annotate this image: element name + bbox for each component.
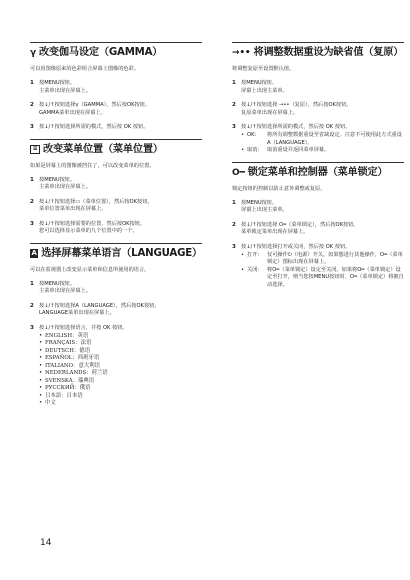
title-text: 改变菜单位置（菜单位置） — [43, 143, 163, 157]
step-text: 您可以选择显示菜单的九个位置中的一个。 — [39, 228, 202, 236]
intro-text: 可以在监视器上改变显示菜单和信息所使用的语言。 — [30, 266, 202, 274]
step-number: 1 — [30, 80, 39, 95]
step-text: 按MENU按钮。 — [241, 200, 404, 208]
section-divider — [30, 139, 202, 140]
step: 3 按↓/↑按钮选择所需的模式，然后按 OK 按钮。 — [30, 124, 202, 132]
page-number: 14 — [40, 538, 51, 548]
step-text: 按↓/↑按钮选择A（LANGUAGE），然后按OK按钮。 — [39, 303, 202, 311]
step: 3 按↓/↑按钮选择打开或关闭，然后按 OK 按钮。 •打开：仅可操作⏻（电源）… — [232, 244, 404, 290]
section-reset: →•• 将调整数据重设为缺省值（复原） 将调整复原至设置默认值。 1 按MENU… — [232, 42, 404, 155]
step-text: 按↓/↑按钮选择γ（GAMMA），然后按OK按钮。 — [39, 102, 202, 110]
option-item: •打开：仅可操作⏻（电源）开关。如果想进行其他操作，O━（菜单锁定）图标出现在屏… — [241, 252, 404, 267]
step-text: 按MENU按钮。 — [39, 177, 202, 185]
step-text: 按↓/↑按钮选择所需的模式，然后按 OK 按钮。 — [241, 124, 404, 132]
step-number: 3 — [30, 124, 39, 132]
section-menu-lock: O━ 锁定菜单和控制器（菜单锁定） 锁定按钮的控制以防止意外调整或复原。 1 按… — [232, 162, 404, 290]
step-number: 3 — [30, 221, 39, 236]
option-list: •OK：将所有调整数据重设至省缺设定。注意不可使用此方式重设 A（LANGUAG… — [241, 132, 404, 155]
step-number: 1 — [232, 200, 241, 215]
language-icon: A — [30, 249, 38, 258]
step: 3 按↓/↑按钮选择语言，并按 OK 按钮。 •ENGLISH：英语 •FRAN… — [30, 325, 202, 408]
section-title-language: A 选择屏幕菜单语言（LANGUAGE） — [30, 247, 202, 261]
step-number: 1 — [232, 80, 241, 95]
language-item: •SVENSKA：瑞典语 — [39, 378, 202, 386]
step-text: 按↓/↑按钮选择▭（菜单位置），然后按OK按钮。 — [39, 199, 202, 207]
option-list: •打开：仅可操作⏻（电源）开关。如果想进行其他操作，O━（菜单锁定）图标出现在屏… — [241, 252, 404, 290]
step-number: 2 — [232, 222, 241, 237]
language-item: •ENGLISH：英语 — [39, 333, 202, 341]
section-divider — [30, 243, 202, 244]
language-list: •ENGLISH：英语 •FRANÇAIS：法语 •DEUTSCH：德语 •ES… — [39, 333, 202, 408]
gamma-symbol-icon: γ — [30, 46, 36, 60]
section-title-reset: →•• 将调整数据重设为缺省值（复原） — [232, 46, 404, 60]
language-item: •FRANÇAIS：法语 — [39, 340, 202, 348]
step-text: 按↓/↑按钮选择 O━（菜单锁定），然后按OK按钮。 — [241, 222, 404, 230]
step: 2 按↓/↑按钮选择 O━（菜单锁定），然后按OK按钮。菜单锁定菜单出现在屏幕上… — [232, 222, 404, 237]
step-text: 按↓/↑按钮选择语言，并按 OK 按钮。 — [39, 325, 202, 333]
step-text: GAMMA菜单出现在屏幕上。 — [39, 110, 202, 118]
section-divider — [30, 42, 202, 43]
step-text: 屏幕上出现主菜单。 — [241, 207, 404, 215]
section-title-menu-lock: O━ 锁定菜单和控制器（菜单锁定） — [232, 166, 404, 180]
language-item: •РУССКИЙ：俄语 — [39, 385, 202, 393]
step: 1 按MENU按钮。主菜单出现在屏幕上。 — [30, 80, 202, 95]
step-number: 3 — [30, 325, 39, 408]
step-text: 菜单锁定菜单出现在屏幕上。 — [241, 229, 404, 237]
step-number: 1 — [30, 177, 39, 192]
intro-text: 将调整复原至设置默认值。 — [232, 65, 404, 73]
section-language: A 选择屏幕菜单语言（LANGUAGE） 可以在监视器上改变显示菜单和信息所使用… — [30, 243, 202, 408]
intro-text: 如果是屏幕上的图像被挡住了，可以改变菜单的位置。 — [30, 162, 202, 170]
option-item: •取消：取消重设并返回菜单屏幕。 — [241, 147, 404, 155]
section-divider — [232, 42, 404, 43]
step-number: 3 — [232, 124, 241, 155]
right-column: →•• 将调整数据重设为缺省值（复原） 将调整复原至设置默认值。 1 按MENU… — [232, 42, 404, 296]
step-text: 主菜单出现在屏幕上。 — [39, 288, 202, 296]
option-item: •关闭：将O━（菜单锁定）设定至关闭。如果将O━（菜单锁定）设定至打开，则当您按… — [241, 267, 404, 290]
menu-position-icon: ≡ — [30, 145, 40, 154]
step-text: 屏幕上出现主菜单。 — [241, 88, 404, 96]
step: 2 按↓/↑按钮选择▭（菜单位置），然后按OK按钮。菜单位置菜单出现在屏幕上。 — [30, 199, 202, 214]
reset-icon: →•• — [232, 46, 250, 60]
language-item: •日本語：日本语 — [39, 393, 202, 401]
section-title-menu-position: ≡ 改变菜单位置（菜单位置） — [30, 143, 202, 157]
section-gamma: γ 改变伽马设定（GAMMA） 可以用图像原来的色彩组合屏幕上图像的色彩。 1 … — [30, 42, 202, 132]
language-item: •DEUTSCH：德语 — [39, 348, 202, 356]
step-number: 3 — [232, 244, 241, 290]
step-number: 2 — [30, 102, 39, 117]
language-item: •NEDERLANDS：荷兰语 — [39, 370, 202, 378]
step-text: 复原菜单出现在屏幕上。 — [241, 110, 404, 118]
step-text: 按MENU按钮。 — [241, 80, 404, 88]
intro-text: 锁定按钮的控制以防止意外调整或复原。 — [232, 185, 404, 193]
section-divider — [232, 162, 404, 163]
step-text: 按↓/↑按钮选择 →••（复原），然后按OK按钮。 — [241, 102, 404, 110]
step-text: 按MENU按钮。 — [39, 281, 202, 289]
step: 2 按↓/↑按钮选择A（LANGUAGE），然后按OK按钮。LANGUAGE菜单… — [30, 303, 202, 318]
language-item: •ESPAÑOL：西班牙语 — [39, 355, 202, 363]
step: 1 按MENU按钮。主菜单出现在屏幕上。 — [30, 177, 202, 192]
language-item: •ITALIANO：意大利语 — [39, 363, 202, 371]
step: 3 按↓/↑按钮选择所需的模式，然后按 OK 按钮。 •OK：将所有调整数据重设… — [232, 124, 404, 155]
intro-text: 可以用图像原来的色彩组合屏幕上图像的色彩。 — [30, 65, 202, 73]
left-column: γ 改变伽马设定（GAMMA） 可以用图像原来的色彩组合屏幕上图像的色彩。 1 … — [30, 42, 202, 415]
title-text: 锁定菜单和控制器（菜单锁定） — [248, 166, 388, 180]
step-text: 主菜单出现在屏幕上。 — [39, 184, 202, 192]
step: 1 按MENU按钮。屏幕上出现主菜单。 — [232, 80, 404, 95]
step: 1 按MENU按钮。屏幕上出现主菜单。 — [232, 200, 404, 215]
step-number: 2 — [30, 303, 39, 318]
step: 3 按↓/↑按钮选择需要的位置，然后按OK按钮。您可以选择显示菜单的九个位置中的… — [30, 221, 202, 236]
title-text: 选择屏幕菜单语言（LANGUAGE） — [41, 247, 202, 261]
step-text: 按MENU按钮。 — [39, 80, 202, 88]
step-text: 菜单位置菜单出现在屏幕上。 — [39, 206, 202, 214]
step-text: LANGUAGE菜单出现在屏幕上。 — [39, 310, 202, 318]
step-number: 2 — [30, 199, 39, 214]
title-text: 将调整数据重设为缺省值（复原） — [253, 46, 403, 60]
step: 2 按↓/↑按钮选择γ（GAMMA），然后按OK按钮。GAMMA菜单出现在屏幕上… — [30, 102, 202, 117]
step-number: 2 — [232, 102, 241, 117]
step-number: 1 — [30, 281, 39, 296]
step-text: 按↓/↑按钮选择打开或关闭，然后按 OK 按钮。 — [241, 244, 404, 252]
option-item: •OK：将所有调整数据重设至省缺设定。注意不可使用此方式重设 A（LANGUAG… — [241, 132, 404, 147]
step: 2 按↓/↑按钮选择 →••（复原），然后按OK按钮。复原菜单出现在屏幕上。 — [232, 102, 404, 117]
step-text: 按↓/↑按钮选择需要的位置，然后按OK按钮。 — [39, 221, 202, 229]
language-item: •中文 — [39, 400, 202, 408]
title-text: 改变伽马设定（GAMMA） — [39, 46, 162, 60]
section-menu-position: ≡ 改变菜单位置（菜单位置） 如果是屏幕上的图像被挡住了，可以改变菜单的位置。 … — [30, 139, 202, 236]
key-lock-icon: O━ — [232, 166, 245, 180]
step-text: 按↓/↑按钮选择所需的模式，然后按 OK 按钮。 — [39, 124, 202, 132]
section-title-gamma: γ 改变伽马设定（GAMMA） — [30, 46, 202, 60]
step-text: 主菜单出现在屏幕上。 — [39, 88, 202, 96]
step: 1 按MENU按钮。主菜单出现在屏幕上。 — [30, 281, 202, 296]
